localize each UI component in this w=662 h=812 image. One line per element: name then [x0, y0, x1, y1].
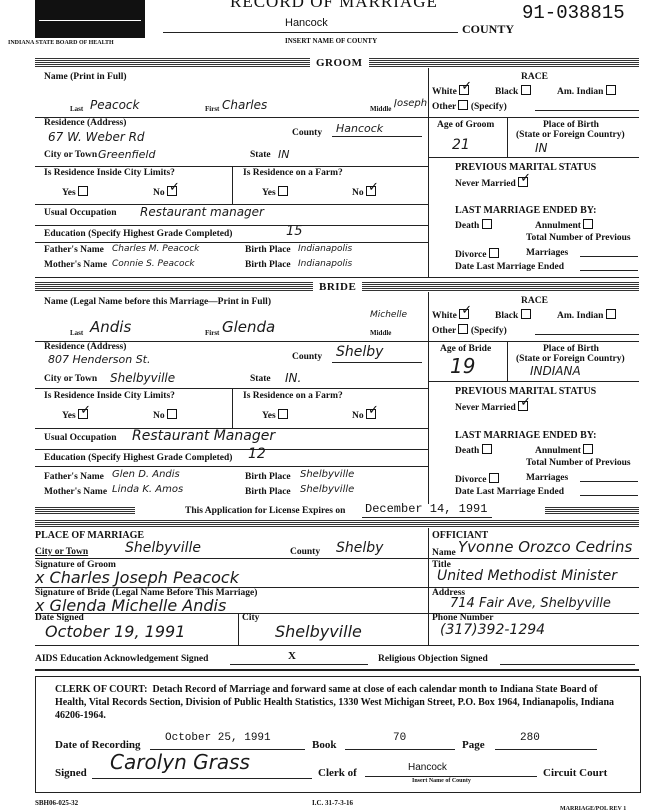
bride-birthplace-sub: (State or Foreign Country) [516, 354, 625, 364]
logo-caption: INDIANA STATE BOARD OF HEALTH [8, 40, 114, 46]
bride-birthplace: INDIANA [530, 364, 581, 378]
bride-father-birth-label: Birth Place [245, 472, 291, 482]
bride-county: Shelby [336, 344, 383, 360]
groom-city-limits-label: Is Residence Inside City Limits? [44, 168, 175, 178]
bride-city: Shelbyville [110, 371, 175, 385]
groom-race-label: RACE [521, 72, 548, 82]
checkbox-checked[interactable] [459, 85, 469, 95]
checkbox[interactable] [489, 473, 499, 483]
groom-occupation-label: Usual Occupation [44, 208, 117, 218]
bride-father: Glen D. Andis [112, 469, 180, 480]
bride-city-label: City or Town [44, 374, 97, 384]
bride-mother-birth-label: Birth Place [245, 487, 291, 497]
bride-date-last-label: Date Last Marriage Ended [455, 487, 564, 497]
groom-state: IN [278, 148, 289, 161]
book-number: 70 [393, 732, 406, 744]
bride-divorce[interactable]: Divorce [455, 473, 499, 485]
groom-divorce[interactable]: Divorce [455, 248, 499, 260]
bride-death[interactable]: Death [455, 444, 492, 456]
clerk-signature: Carolyn Grass [110, 750, 250, 774]
bride-farm-label: Is Residence on a Farm? [243, 391, 343, 401]
groom-birthplace-sub: (State or Foreign Country) [516, 130, 625, 140]
groom-birthplace-label: Place of Birth [543, 120, 599, 130]
header-county-value: Hancock [285, 17, 328, 29]
bride-marriages-label: Marriages [526, 473, 568, 483]
groom-age-label: Age of Groom [437, 120, 494, 130]
book-label: Book [312, 739, 336, 751]
sign-city-label: City [242, 613, 259, 623]
page-number: 280 [520, 732, 540, 744]
bride-age: 19 [450, 354, 475, 378]
groom-state-label: State [250, 150, 271, 160]
bride-father-label: Father's Name [44, 472, 104, 482]
groom-farm-yes[interactable]: Yes [262, 186, 288, 198]
bride-mother: Linda K. Amos [112, 484, 183, 495]
groom-last-ended-label: LAST MARRIAGE ENDED BY: [455, 205, 596, 216]
ceremony-city-label: City or Town [35, 547, 88, 557]
aids-ack-value: X [288, 650, 296, 662]
bride-age-label: Age of Bride [440, 344, 491, 354]
bride-state: IN. [285, 371, 301, 385]
clerk-of-label: Clerk of [318, 767, 357, 779]
ic-code: I.C. 31-7-3-16 [312, 799, 353, 807]
ceremony-city: Shelbyville [125, 540, 201, 556]
groom-residence: 67 W. Weber Rd [48, 130, 145, 144]
bride-first-name: Glenda [222, 318, 275, 336]
groom-signature: x Charles Joseph Peacock [35, 568, 239, 587]
checkbox[interactable] [521, 309, 531, 319]
groom-city-limits-yes[interactable]: Yes [62, 186, 88, 198]
groom-county-label: County [292, 128, 322, 138]
form-code: SBH06-025-32 [35, 799, 78, 807]
bride-city-limits-yes[interactable]: Yes [62, 409, 88, 421]
groom-middle-label: Middle [370, 105, 391, 113]
bride-farm-yes[interactable]: Yes [262, 409, 288, 421]
bride-race-black[interactable]: Black [495, 309, 531, 321]
groom-race-white[interactable]: White [432, 85, 469, 97]
groom-birthplace: IN [535, 141, 548, 155]
bride-last-label: Last [70, 329, 83, 337]
bride-race-white[interactable]: White [432, 309, 469, 321]
bride-mother-label: Mother's Name [44, 487, 107, 497]
header-county-caption: INSERT NAME OF COUNTY [285, 37, 377, 45]
bride-race-amindian[interactable]: Am. Indian [557, 309, 616, 321]
bride-last-name: Andis [90, 318, 131, 336]
groom-death[interactable]: Death [455, 219, 492, 231]
officiant-phone: (317)392-1294 [440, 622, 545, 638]
clerk-instructions: CLERK OF COURT: Detach Record of Marriag… [55, 683, 625, 722]
bride-never-married[interactable]: Never Married [455, 401, 528, 413]
groom-city-limits-no[interactable]: No [153, 186, 177, 198]
groom-date-last-label: Date Last Marriage Ended [455, 262, 564, 272]
bride-mother-birthplace: Shelbyville [300, 484, 354, 495]
bride-race-label: RACE [521, 296, 548, 306]
groom-total-prev-label: Total Number of Previous [526, 233, 631, 243]
checkbox[interactable] [482, 219, 492, 229]
bride-city-limits-label: Is Residence Inside City Limits? [44, 391, 175, 401]
groom-first-name: Charles [222, 98, 267, 112]
checkbox[interactable] [583, 219, 593, 229]
checkbox-checked[interactable] [459, 309, 469, 319]
clerk-county-caption: Insert Name of County [412, 778, 471, 784]
revision-code: MARRIAGE/POL REV 1 [560, 806, 626, 812]
checkbox-checked[interactable] [366, 186, 376, 196]
bride-county-label: County [292, 352, 322, 362]
groom-farm-label: Is Residence on a Farm? [243, 168, 343, 178]
page-label: Page [462, 739, 485, 751]
aids-ack-label: AIDS Education Acknowledgement Signed [35, 654, 208, 664]
checkbox[interactable] [278, 186, 288, 196]
isbh-logo [35, 0, 145, 38]
groom-marriages-label: Marriages [526, 248, 568, 258]
checkbox[interactable] [78, 186, 88, 196]
bride-city-limits-no[interactable]: No [153, 409, 177, 421]
recording-date: October 25, 1991 [165, 732, 271, 744]
groom-race-black[interactable]: Black [495, 85, 531, 97]
bride-total-prev-label: Total Number of Previous [526, 458, 631, 468]
groom-education: 15 [286, 224, 303, 239]
checkbox[interactable] [482, 444, 492, 454]
bride-farm-no[interactable]: No [352, 409, 376, 421]
religious-objection-label: Religious Objection Signed [378, 654, 488, 664]
circuit-court-label: Circuit Court [543, 767, 607, 779]
checkbox[interactable] [606, 309, 616, 319]
groom-city: Greenfield [98, 148, 155, 161]
bride-residence: 807 Henderson St. [48, 353, 151, 366]
bride-occupation: Restaurant Manager [132, 428, 275, 444]
groom-city-label: City or Town [44, 150, 97, 160]
officiant-name-label: Name [432, 548, 456, 558]
officiant-address: 714 Fair Ave, Shelbyville [450, 596, 611, 611]
groom-mother-birthplace: Indianapolis [298, 259, 352, 269]
bride-section-title: BRIDE [313, 281, 362, 293]
groom-county: Hancock [336, 122, 383, 135]
date-signed: October 19, 1991 [45, 622, 185, 641]
groom-name-label: Name (Print in Full) [44, 72, 127, 82]
bride-father-birthplace: Shelbyville [300, 469, 354, 480]
groom-middle-name: Joseph [394, 98, 428, 109]
ceremony-county: Shelby [336, 540, 383, 556]
groom-race-amindian[interactable]: Am. Indian [557, 85, 616, 97]
groom-mother-label: Mother's Name [44, 260, 107, 270]
groom-mother: Connie S. Peacock [112, 259, 195, 269]
bride-name-label: Name (Legal Name before this Marriage—Pr… [44, 297, 271, 307]
form-title: RECORD OF MARRIAGE [230, 0, 438, 12]
header-county-label: COUNTY [462, 22, 514, 37]
bride-education: 12 [248, 446, 266, 462]
groom-section-title: GROOM [310, 57, 369, 69]
checkbox[interactable] [489, 248, 499, 258]
ceremony-county-label: County [290, 547, 320, 557]
bride-race-other[interactable]: Other (Specify) [432, 324, 507, 336]
groom-father: Charles M. Peacock [112, 244, 199, 254]
checkbox-checked[interactable] [167, 186, 177, 196]
checkbox-checked[interactable] [78, 409, 88, 419]
groom-father-label: Father's Name [44, 245, 104, 255]
checkbox[interactable] [458, 324, 468, 334]
groom-mother-birth-label: Birth Place [245, 260, 291, 270]
checkbox[interactable] [167, 409, 177, 419]
officiant-title: United Methodist Minister [437, 568, 617, 584]
bride-birthplace-label: Place of Birth [543, 344, 599, 354]
bride-state-label: State [250, 374, 271, 384]
checkbox-checked[interactable] [518, 401, 528, 411]
bride-middle-label: Middle [370, 329, 391, 337]
groom-annulment[interactable]: Annulment [535, 219, 593, 231]
groom-first-label: First [205, 105, 219, 113]
groom-education-label: Education (Specify Highest Grade Complet… [44, 229, 232, 239]
license-expires-date: December 14, 1991 [365, 502, 487, 516]
groom-farm-no[interactable]: No [352, 186, 376, 198]
checkbox[interactable] [606, 85, 616, 95]
license-expires-label: This Application for License Expires on [185, 506, 345, 516]
groom-race-other[interactable]: Other (Specify) [432, 100, 507, 112]
bride-annulment[interactable]: Annulment [535, 444, 593, 456]
groom-father-birthplace: Indianapolis [298, 244, 352, 254]
groom-never-married[interactable]: Never Married [455, 177, 528, 189]
checkbox-checked[interactable] [518, 177, 528, 187]
groom-age: 21 [452, 137, 470, 153]
checkbox[interactable] [278, 409, 288, 419]
clerk-signed-label: Signed [55, 767, 87, 779]
groom-occupation: Restaurant manager [140, 205, 264, 219]
bride-occupation-label: Usual Occupation [44, 433, 117, 443]
checkbox[interactable] [583, 444, 593, 454]
record-number: 91-038815 [522, 2, 625, 24]
sign-city: Shelbyville [275, 622, 362, 641]
bride-first-label: First [205, 329, 219, 337]
bride-middle-name: Michelle [370, 310, 407, 320]
bride-residence-label: Residence (Address) [44, 342, 126, 352]
checkbox[interactable] [521, 85, 531, 95]
officiant-name: Yvonne Orozco Cedrins [458, 538, 632, 556]
bride-last-ended-label: LAST MARRIAGE ENDED BY: [455, 430, 596, 441]
groom-last-name: Peacock [90, 98, 139, 112]
clerk-county: Hancock [408, 762, 447, 773]
groom-residence-label: Residence (Address) [44, 118, 126, 128]
groom-last-label: Last [70, 105, 83, 113]
checkbox-checked[interactable] [366, 409, 376, 419]
groom-father-birth-label: Birth Place [245, 245, 291, 255]
checkbox[interactable] [458, 100, 468, 110]
bride-education-label: Education (Specify Highest Grade Complet… [44, 453, 232, 463]
